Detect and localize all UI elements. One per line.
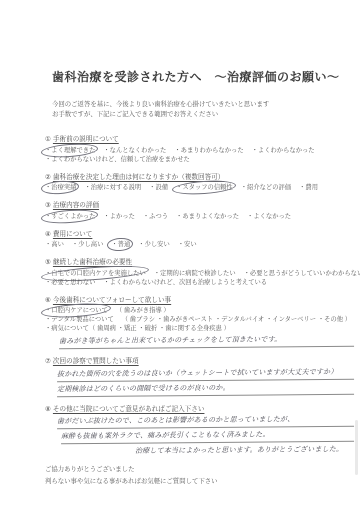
section-number: ③ (45, 202, 51, 209)
handwritten-note: 麻酔も抜歯も案外ラクで、痛みが長引くこともなく済みました。 (61, 429, 354, 445)
section: ⑤継続した歯科治療の必要性・自宅での口腔内ケアを実施したい・定期的に病院で検診し… (45, 256, 354, 287)
intro-line: お手数ですが、下記にご記入できる範囲でお答えください (52, 110, 354, 120)
options-row: ・よく理解できた・なんとなくわかった・あまりわからなかった・よくわからなかった (45, 146, 354, 155)
section-number: ⑤ (45, 259, 51, 266)
options-row: ・よくわからないけれど、信頼して治療をまかせた (45, 155, 354, 164)
option: ・よくわからないけれど、次回も治療しようと考えている (103, 278, 267, 287)
section-heading-text: 今後歯科についてフォローして欲しい事 (53, 297, 171, 304)
option: ・安い (178, 240, 197, 249)
option: ・よくわからなかった (252, 146, 315, 155)
option: ・あまりよくなかった (176, 212, 239, 221)
section-heading-text: 手術前の説明について (53, 136, 119, 143)
intro-text: 今回のご返答を基に、今後より良い歯科治療を心掛けていきたいと思います お手数です… (52, 100, 354, 120)
section: ⑧その他に当院についてご意見があればご記入下さい歯がだいぶ抜けたので、このあとは… (45, 403, 354, 458)
footer-hint: 判らない事や気になる事があればお気軽にご質問して下さい (45, 476, 354, 488)
options-row: ・自宅での口腔内ケアを実施したい・定期的に病院で検診したい・必要と思うがどうして… (45, 269, 354, 278)
section-heading: ⑤継続した歯科治療の必要性 (45, 256, 354, 266)
option: ・よかった (103, 212, 134, 221)
handwritten-note: 抜かれた箇所の穴を洗うのは良いか（ウェットシートで拭いていますが大丈夫ですか） (57, 366, 354, 382)
section-heading-text: 治療内容の評価 (53, 202, 99, 209)
option: ・あまりわからなかった (174, 146, 243, 155)
section: ②歯科治療を決定した理由は何になりますか（複数回答可）・治療実績・治療に対する説… (45, 171, 354, 193)
option: ・必要と思わない (45, 278, 95, 287)
options-row: ・治療実績・治療に対する説明・設備・スタッフの信頼性・紹介などの評価・費用 (45, 183, 354, 192)
section-number: ⑦ (45, 358, 51, 365)
handwritten-note: 治療して本当によかったと思います。ありがとうございました。 (135, 444, 354, 458)
section-heading-text: 費用について (53, 231, 92, 238)
handwritten-note: 歯がだいぶ抜けたので、このあとは影響があるのかと思っていましたが、 (57, 414, 354, 430)
section: ⑥今後歯科についてフォローして欲しい事・口腔内ケアについて（ 歯みがき指導 ）・… (45, 294, 354, 349)
footer-text: ご協力ありがとうございました 判らない事や気になる事があればお気軽にご質問して下… (45, 464, 354, 488)
options-row: ・すごくよかった・よかった・ふつう・あまりよくなかった・よくなかった (45, 212, 354, 221)
option: ・デンタル製品について (45, 315, 114, 324)
options-row: ・病気について（ 歯周病 ・矯正 ・破折 ・歯に関する全身疾患 ） (45, 324, 354, 333)
option: ・設備 (149, 183, 168, 192)
section: ③治療内容の評価・すごくよかった・よかった・ふつう・あまりよくなかった・よくなか… (45, 199, 354, 221)
page-title: 歯科治療を受診された方へ ～治療評価のお願い～ (52, 68, 354, 85)
intro-line: 今回のご返答を基に、今後より良い歯科治療を心掛けていきたいと思います (52, 100, 354, 110)
option: ・ふつう (143, 212, 168, 221)
scan-artifact (355, 420, 358, 475)
section-heading-text: その他に当院についてご意見があればご記入下さい (53, 406, 205, 413)
option-circled: ・治療実績 (45, 183, 76, 192)
options-row: ・デンタル製品について（ 歯ブラシ ・歯みがきペースト ・デンタルバイオ ・イン… (45, 315, 354, 324)
option: ・紹介などの評価 (241, 183, 291, 192)
option-circled: ・普通 (111, 240, 130, 249)
section-number: ⑥ (45, 297, 51, 304)
section-number: ⑧ (45, 406, 51, 413)
section-heading: ②歯科治療を決定した理由は何になりますか（複数回答可） (45, 171, 354, 181)
section: ①手術前の説明について・よく理解できた・なんとなくわかった・あまりわからなかった… (45, 133, 354, 164)
section-heading: ④費用について (45, 228, 354, 238)
handwritten-note: 歯みがき等がちゃんと出来ているかのチェックをして頂きたいです。 (59, 334, 354, 350)
section-heading-text: 次回の診察で質問したい事項 (53, 358, 139, 365)
option-circled: ・口腔内ケアについて (45, 306, 108, 315)
option: （ 歯みがき指導 ） (116, 306, 170, 315)
section-heading-text: 継続した歯科治療の必要性 (53, 259, 132, 266)
section-heading: ⑦次回の診察で質問したい事項 (45, 355, 354, 365)
scanned-survey-page: 歯科治療を受診された方へ ～治療評価のお願い～ 今回のご返答を基に、今後より良い… (0, 0, 360, 509)
option: ・定期的に病院で検診したい (154, 269, 236, 278)
section: ④費用について・高い・少し高い・普通・少し安い・安い (45, 228, 354, 250)
option: ・なんとなくわかった (103, 146, 166, 155)
section-heading-text: 歯科治療を決定した理由は何になりますか（複数回答可） (53, 174, 224, 181)
section-heading: ⑥今後歯科についてフォローして欲しい事 (45, 294, 354, 304)
option: ・費用 (299, 183, 318, 192)
section-number: ① (45, 136, 51, 143)
section-heading: ①手術前の説明について (45, 133, 354, 143)
handwritten-note: 定期検診はどのくらいの間隔で受けるのが良いのか。 (57, 381, 354, 397)
option: （ 歯ブラシ ・歯みがきペースト ・デンタルバイオ ・インターベリー ・その他 … (122, 315, 351, 324)
footer-thanks: ご協力ありがとうございました (45, 464, 354, 476)
option-circled: ・スタッフの信頼性 (176, 183, 233, 192)
section-number: ④ (45, 231, 51, 238)
option: ・病気について（ 歯周病 ・矯正 ・破折 ・歯に関する全身疾患 ） (45, 324, 230, 333)
option: ・少し高い (72, 240, 103, 249)
option-circled: ・よく理解できた (45, 146, 95, 155)
options-row: ・必要と思わない・よくわからないけれど、次回も治療しようと考えている (45, 278, 354, 287)
option-circled: ・自宅での口腔内ケアを実施したい (45, 269, 146, 278)
option: ・必要と思うがどうしていいかわからない (244, 269, 360, 278)
section-heading: ⑧その他に当院についてご意見があればご記入下さい (45, 403, 354, 413)
option: ・治療に対する説明 (84, 183, 141, 192)
option-circled: ・すごくよかった (45, 212, 95, 221)
options-row: ・高い・少し高い・普通・少し安い・安い (45, 240, 354, 249)
section-heading: ③治療内容の評価 (45, 199, 354, 209)
section-number: ② (45, 174, 51, 181)
option: ・少し安い (138, 240, 169, 249)
option: ・よくわからないけれど、信頼して治療をまかせた (45, 155, 190, 164)
options-row: ・口腔内ケアについて（ 歯みがき指導 ） (45, 306, 354, 315)
section: ⑦次回の診察で質問したい事項抜かれた箇所の穴を洗うのは良いか（ウェットシートで拭… (45, 355, 354, 396)
option: ・よくなかった (247, 212, 291, 221)
survey-sections: ①手術前の説明について・よく理解できた・なんとなくわかった・あまりわからなかった… (45, 133, 354, 457)
option: ・高い (45, 240, 64, 249)
